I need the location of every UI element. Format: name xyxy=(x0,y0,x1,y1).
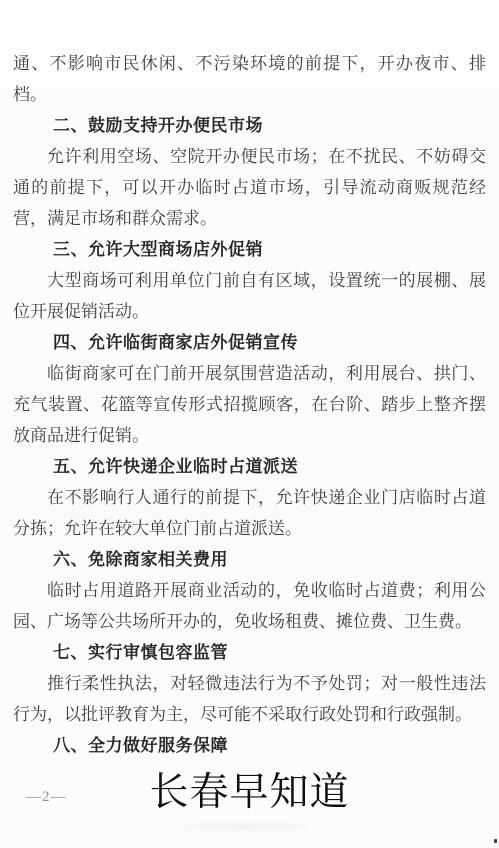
brand-watermark: 长春早知道 xyxy=(0,767,499,819)
section-6-paragraph: 临时占用道路开展商业活动的，免收临时占道费；利用公园、广场等公共场所开办的，免收… xyxy=(13,575,486,637)
section-heading-3: 三、允许大型商场店外促销 xyxy=(13,234,486,265)
paragraph-continuation: 通、不影响市民休闲、不污染环境的前提下，开办夜市、排档。 xyxy=(13,48,486,110)
section-heading-4: 四、允许临街商家店外促销宣传 xyxy=(13,327,486,358)
scanned-document-page: 通、不影响市民休闲、不污染环境的前提下，开办夜市、排档。 二、鼓励支持开办便民市… xyxy=(0,0,499,848)
section-heading-2: 二、鼓励支持开办便民市场 xyxy=(13,110,486,141)
section-heading-6: 六、免除商家相关费用 xyxy=(13,544,486,575)
scan-dot-artifact xyxy=(494,839,497,843)
page-number: —2— xyxy=(26,789,67,806)
section-7-paragraph: 推行柔性执法，对轻微违法行为不予处罚；对一般性违法行为，以批评教育为主，尽可能不… xyxy=(13,668,486,730)
document-body: 通、不影响市民休闲、不污染环境的前提下，开办夜市、排档。 二、鼓励支持开办便民市… xyxy=(0,0,499,761)
section-heading-5: 五、允许快递企业临时占道派送 xyxy=(13,451,486,482)
section-2-paragraph: 允许利用空场、空院开办便民市场；在不扰民、不妨碍交通的前提下，可以开办临时占道市… xyxy=(13,141,486,234)
section-3-paragraph: 大型商场可利用单位门前自有区域，设置统一的展棚、展位开展促销活动。 xyxy=(13,265,486,327)
scan-smudge-artifact xyxy=(185,823,305,830)
section-4-paragraph: 临街商家可在门前开展氛围营造活动，利用展台、拱门、充气装置、花篮等宣传形式招揽顾… xyxy=(13,358,486,451)
section-heading-8: 八、全力做好服务保障 xyxy=(13,730,486,761)
section-5-paragraph: 在不影响行人通行的前提下，允许快递企业门店临时占道分拣；允许在较大单位门前占道派… xyxy=(13,482,486,544)
section-heading-7: 七、实行审慎包容监管 xyxy=(13,637,486,668)
